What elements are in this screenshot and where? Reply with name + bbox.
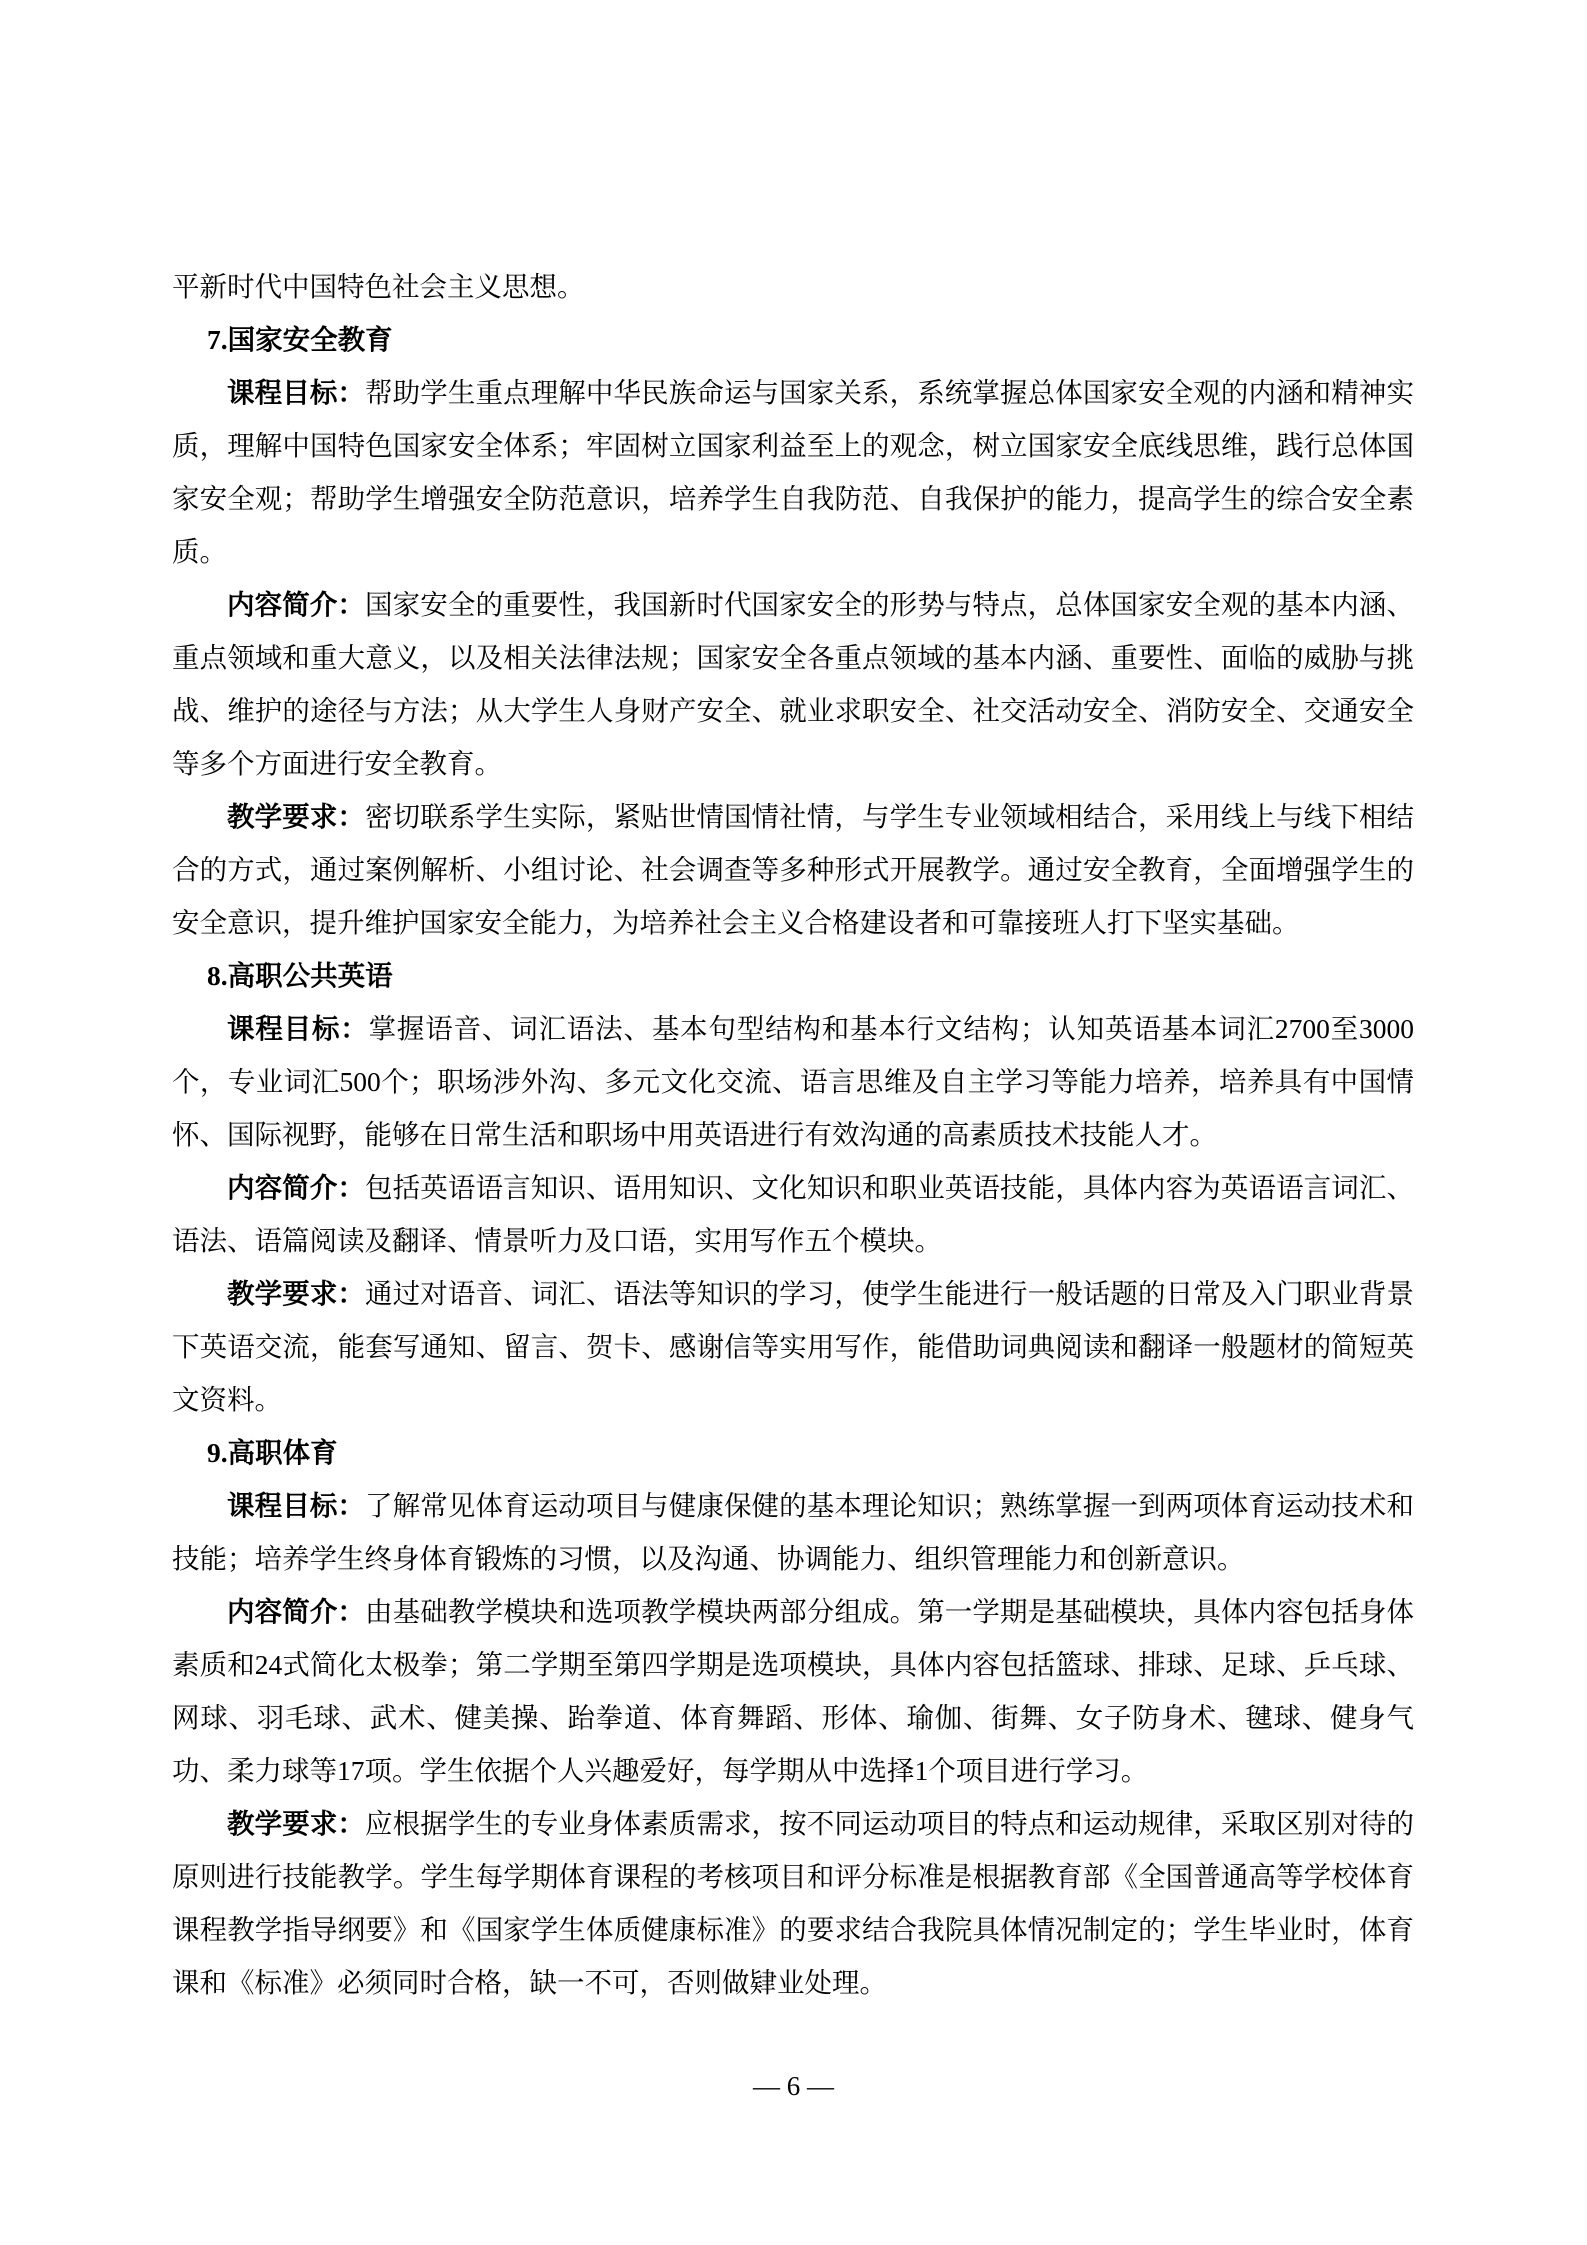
page-content: 平新时代中国特色社会主义思想。 7.国家安全教育 课程目标：帮助学生重点理解中华… (172, 260, 1414, 2009)
paragraph-content-intro: 内容简介：国家安全的重要性，我国新时代国家安全的形势与特点，总体国家安全观的基本… (172, 578, 1414, 790)
page-number: — 6 — (0, 2066, 1587, 2106)
paragraph-course-goal: 课程目标：掌握语音、词汇语法、基本句型结构和基本行文结构；认知英语基本词汇270… (172, 1002, 1414, 1161)
section-heading-national-security: 7.国家安全教育 (172, 313, 1414, 366)
paragraph-label: 课程目标： (227, 1490, 365, 1521)
paragraph-label: 内容简介： (227, 589, 365, 620)
paragraph-content-intro: 内容简介：由基础教学模块和选项教学模块两部分组成。第一学期是基础模块，具体内容包… (172, 1585, 1414, 1797)
paragraph-label: 教学要求： (227, 1278, 365, 1309)
paragraph-teaching-requirements: 教学要求：密切联系学生实际，紧贴世情国情社情，与学生专业领域相结合，采用线上与线… (172, 790, 1414, 949)
paragraph-label: 内容简介： (227, 1596, 365, 1627)
paragraph-teaching-requirements: 教学要求：应根据学生的专业身体素质需求，按不同运动项目的特点和运动规律，采取区别… (172, 1797, 1414, 2009)
paragraph-label: 教学要求： (227, 1808, 365, 1839)
continuation-paragraph: 平新时代中国特色社会主义思想。 (172, 260, 1414, 313)
section-heading-public-english: 8.高职公共英语 (172, 949, 1414, 1002)
paragraph-label: 教学要求： (227, 801, 365, 832)
paragraph-label: 课程目标： (227, 377, 365, 408)
paragraph-course-goal: 课程目标：了解常见体育运动项目与健康保健的基本理论知识；熟练掌握一到两项体育运动… (172, 1479, 1414, 1585)
paragraph-label: 课程目标： (227, 1013, 369, 1044)
paragraph-course-goal: 课程目标：帮助学生重点理解中华民族命运与国家关系，系统掌握总体国家安全观的内涵和… (172, 366, 1414, 578)
paragraph-teaching-requirements: 教学要求：通过对语音、词汇、语法等知识的学习，使学生能进行一般话题的日常及入门职… (172, 1267, 1414, 1426)
paragraph-content-intro: 内容简介：包括英语语言知识、语用知识、文化知识和职业英语技能，具体内容为英语语言… (172, 1161, 1414, 1267)
paragraph-label: 内容简介： (227, 1172, 365, 1203)
section-heading-physical-education: 9.高职体育 (172, 1426, 1414, 1479)
